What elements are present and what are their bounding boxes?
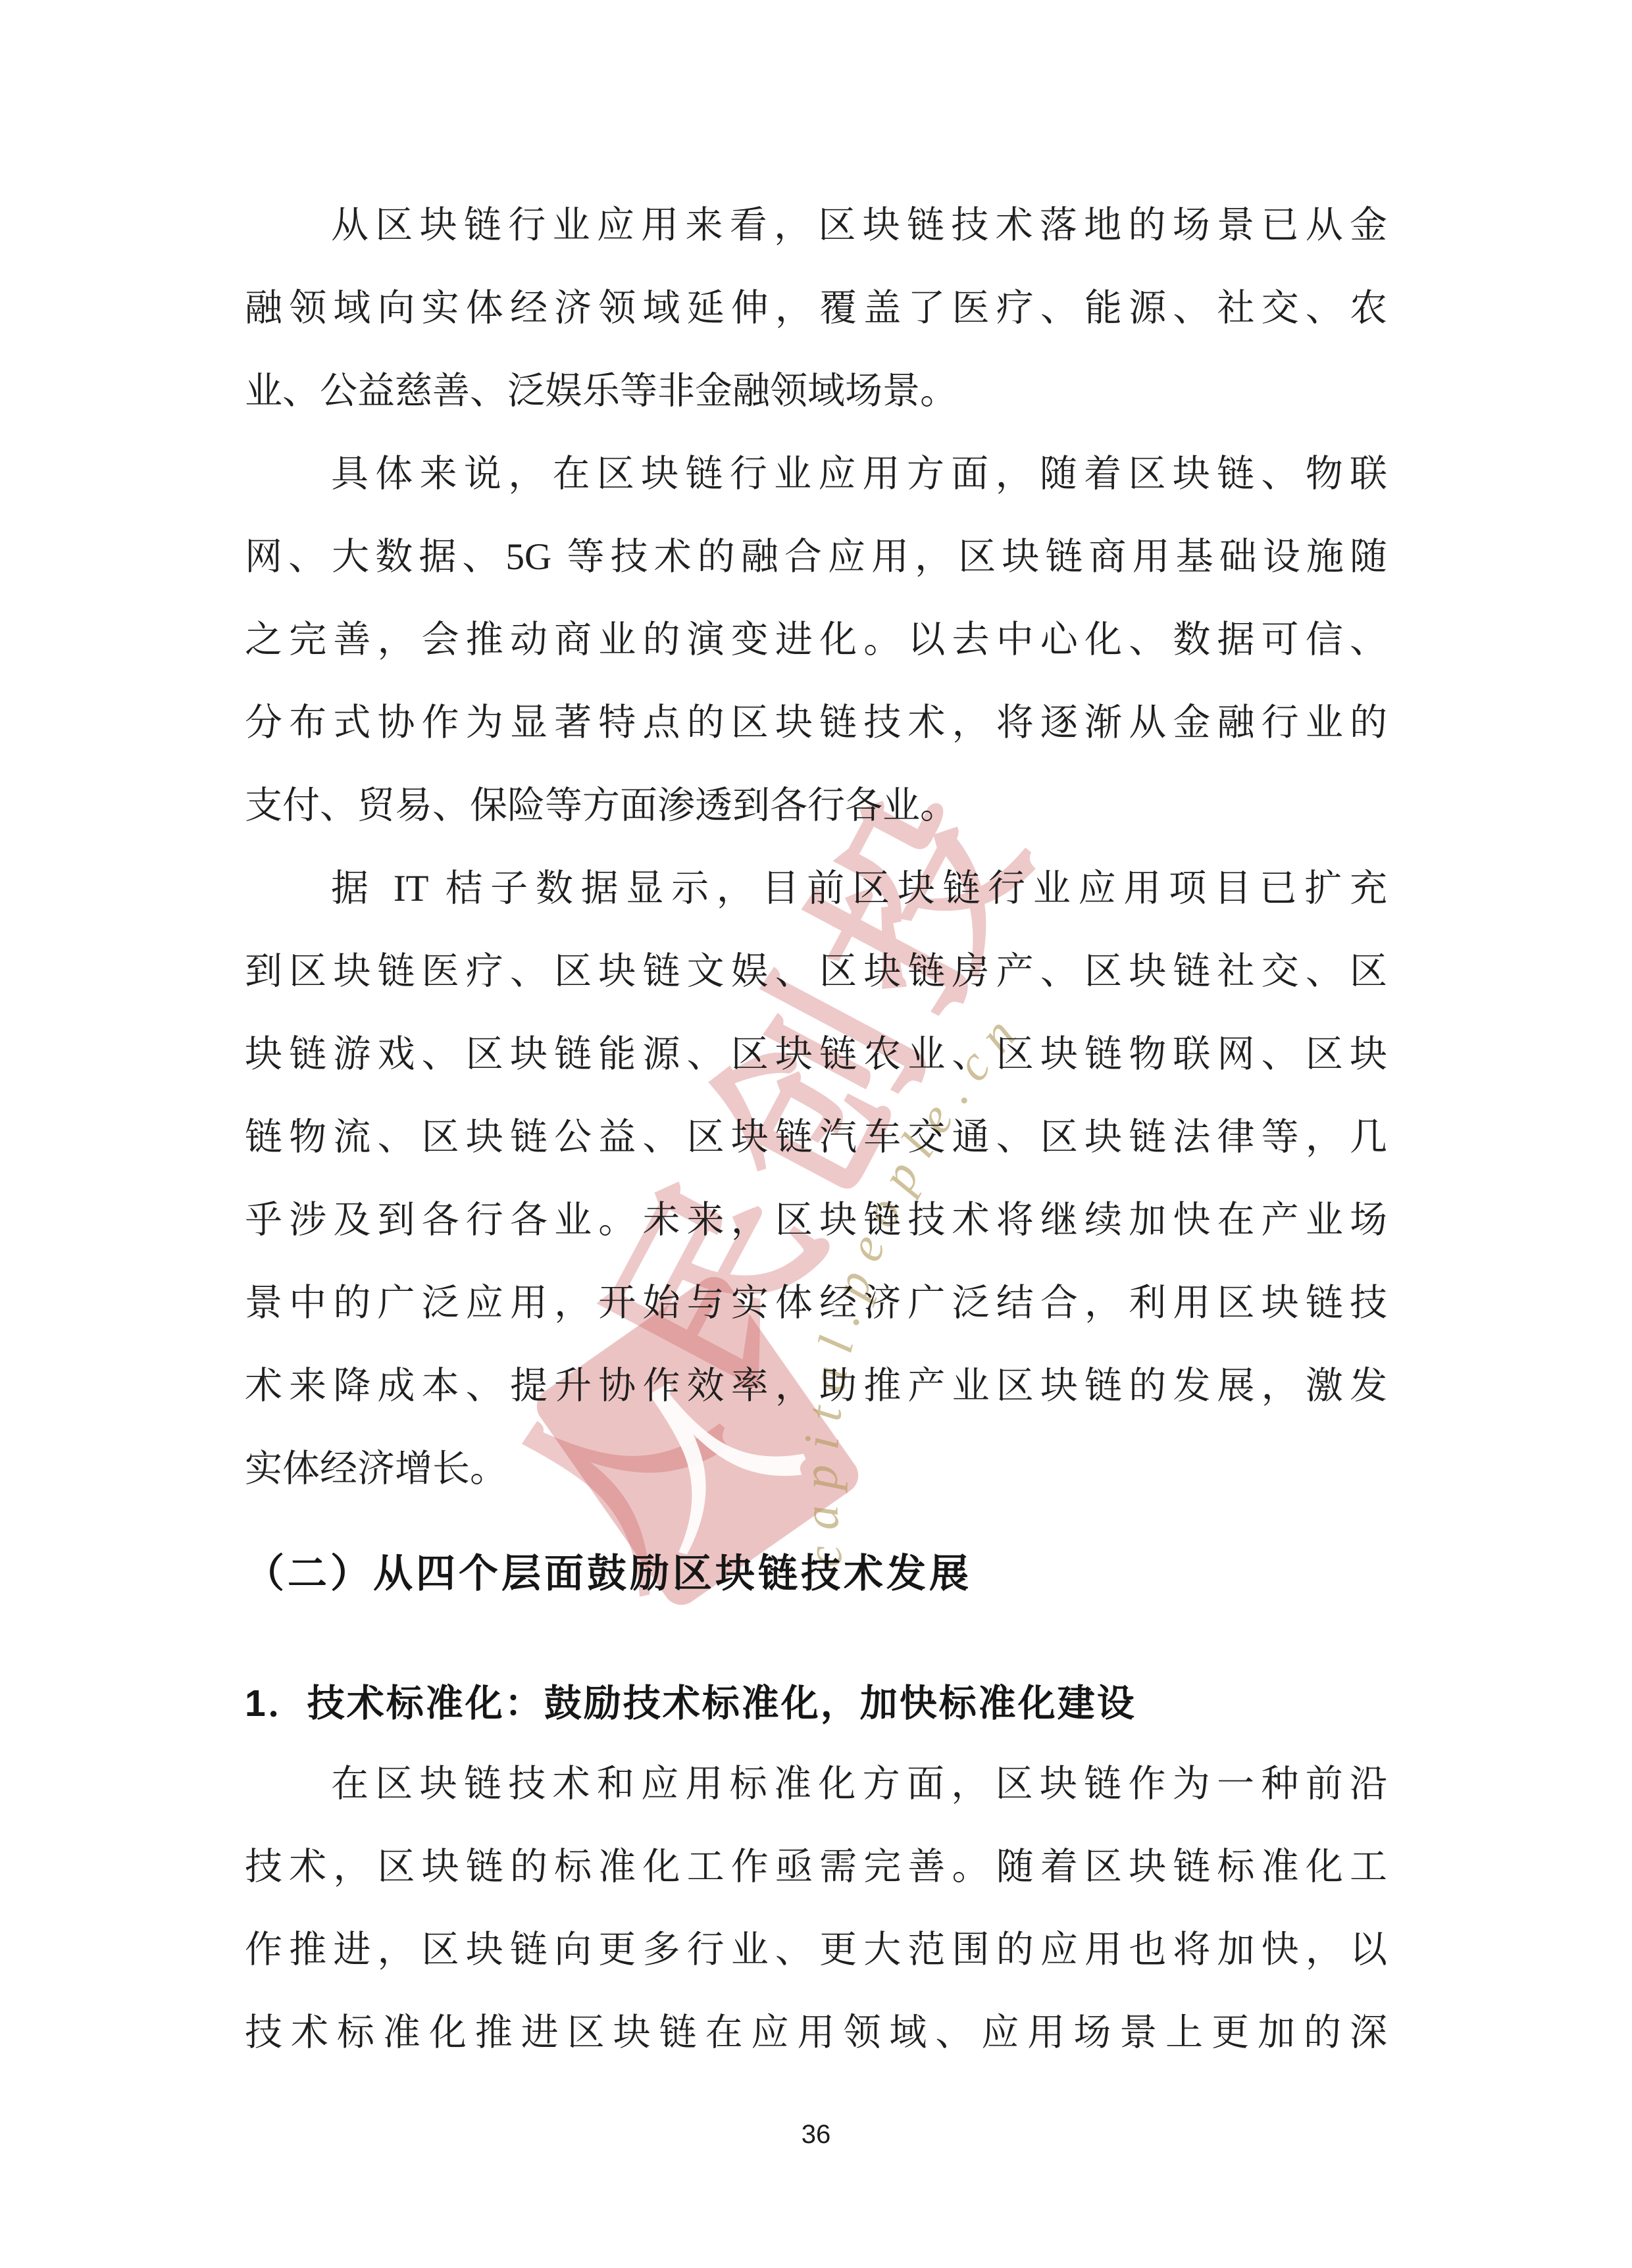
text-line: 作推进，区块链向更多行业、更大范围的应用也将加快，以	[245, 1909, 1387, 1992]
text-line: 据 IT 桔子数据显示，目前区块链行业应用项目已扩充	[245, 847, 1387, 930]
text-line: 支付、贸易、保险等方面渗透到各行各业。	[245, 765, 1387, 847]
document-page: 人民创投 人 capital.people.cn 从区块链行业应用来看，区块链技…	[0, 0, 1632, 2268]
text-line: 网、大数据、5G 等技术的融合应用，区块链商用基础设施随	[245, 516, 1387, 599]
text-line: 1．技术标准化：鼓励技术标准化，加快标准化建设	[245, 1674, 1387, 1733]
text-line: 在区块链技术和应用标准化方面，区块链作为一种前沿	[245, 1743, 1387, 1826]
text-line: 分布式协作为显著特点的区块链技术，将逐渐从金融行业的	[245, 682, 1387, 765]
text-line: 到区块链医疗、区块链文娱、区块链房产、区块链社交、区	[245, 930, 1387, 1013]
document-body: 从区块链行业应用来看，区块链技术落地的场景已从金融领域向实体经济领域延伸，覆盖了…	[245, 184, 1387, 2075]
text-line: 业、公益慈善、泛娱乐等非金融领域场景。	[245, 350, 1387, 433]
text-line: 块链游戏、区块链能源、区块链农业、区块链物联网、区块	[245, 1013, 1387, 1096]
text-line: 景中的广泛应用，开始与实体经济广泛结合，利用区块链技	[245, 1262, 1387, 1345]
text-line: 实体经济增长。	[245, 1428, 1387, 1511]
text-line: 具体来说，在区块链行业应用方面，随着区块链、物联	[245, 433, 1387, 516]
text-line: 从区块链行业应用来看，区块链技术落地的场景已从金	[245, 184, 1387, 267]
text-line: 乎涉及到各行各业。未来，区块链技术将继续加快在产业场	[245, 1179, 1387, 1262]
page-number: 36	[0, 2120, 1632, 2150]
text-line: （二）从四个层面鼓励区块链技术发展	[245, 1542, 1387, 1605]
text-line: 技术，区块链的标准化工作亟需完善。随着区块链标准化工	[245, 1826, 1387, 1909]
text-line: 之完善，会推动商业的演变进化。以去中心化、数据可信、	[245, 599, 1387, 682]
text-line: 技术标准化推进区块链在应用领域、应用场景上更加的深	[245, 1992, 1387, 2075]
text-line: 融领域向实体经济领域延伸，覆盖了医疗、能源、社交、农	[245, 267, 1387, 350]
text-line: 链物流、区块链公益、区块链汽车交通、区块链法律等，几	[245, 1096, 1387, 1179]
text-line: 术来降成本、提升协作效率，助推产业区块链的发展，激发	[245, 1345, 1387, 1428]
